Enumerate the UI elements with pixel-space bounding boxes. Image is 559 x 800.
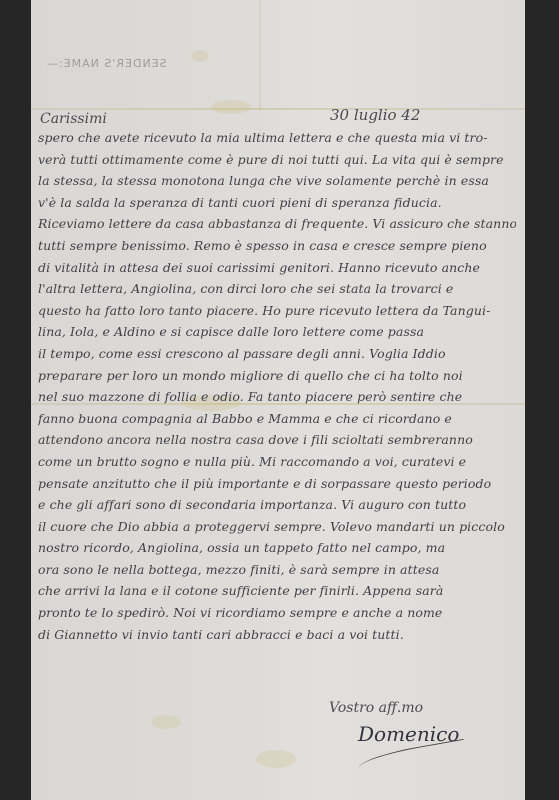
body-line: il tempo, come essi crescono al passare …: [38, 343, 516, 365]
sender-name-stamp: SENDER'S NAME:—: [46, 57, 167, 70]
body-line: attendono ancora nella nostra casa dove …: [38, 429, 516, 451]
body-line: e che gli affari sono di secondaria impo…: [38, 494, 516, 516]
body-line: come un brutto sogno e nulla più. Mi rac…: [38, 451, 516, 473]
body-line: pensate anzitutto che il più importante …: [38, 473, 516, 495]
stain-mark: [151, 715, 181, 729]
stain-mark: [256, 750, 296, 768]
body-line: il cuore che Dio abbia a proteggervi sem…: [38, 516, 516, 538]
body-line: spero che avete ricevuto la mia ultima l…: [38, 127, 516, 149]
body-line: Riceviamo lettere da casa abbastanza di …: [38, 213, 516, 235]
body-line: pronto te lo spedirò. Noi vi ricordiamo …: [38, 602, 516, 624]
body-line: questo ha fatto loro tanto piacere. Ho p…: [38, 300, 516, 322]
body-line: tutti sempre benissimo. Remo è spesso in…: [38, 235, 516, 257]
body-line: di vitalità in attesa dei suoi carissimi…: [38, 257, 516, 279]
salutation: Carissimi: [40, 111, 107, 127]
body-line: nostro ricordo, Angiolina, ossia un tapp…: [38, 537, 516, 559]
letter-body: spero che avete ricevuto la mia ultima l…: [38, 127, 516, 645]
body-line: preparare per loro un mondo migliore di …: [38, 365, 516, 387]
letter-date: 30 luglio 42: [330, 106, 420, 124]
body-line: v'è la salda la speranza di tanti cuori …: [38, 192, 516, 214]
body-line: verà tutti ottimamente come è pure di no…: [38, 149, 516, 171]
body-line: nel suo mazzone di follia e odio. Fa tan…: [38, 386, 516, 408]
body-line: ora sono le nella bottega, mezzo finiti,…: [38, 559, 516, 581]
vertical-crease: [259, 0, 261, 110]
stain-mark: [191, 50, 209, 62]
body-line: fanno buona compagnia al Babbo e Mamma e…: [38, 408, 516, 430]
stain-mark: [211, 100, 251, 114]
closing: Vostro aff.mo: [329, 700, 423, 716]
fold-line-top: [31, 108, 525, 110]
body-line: la stessa, la stessa monotona lunga che …: [38, 170, 516, 192]
body-line: l'altra lettera, Angiolina, con dirci lo…: [38, 278, 516, 300]
body-line: lina, Iola, e Aldino e si capisce dalle …: [38, 321, 516, 343]
body-line: che arrivi la lana e il cotone sufficien…: [38, 580, 516, 602]
body-line: di Giannetto vi invio tanti cari abbracc…: [38, 624, 516, 646]
